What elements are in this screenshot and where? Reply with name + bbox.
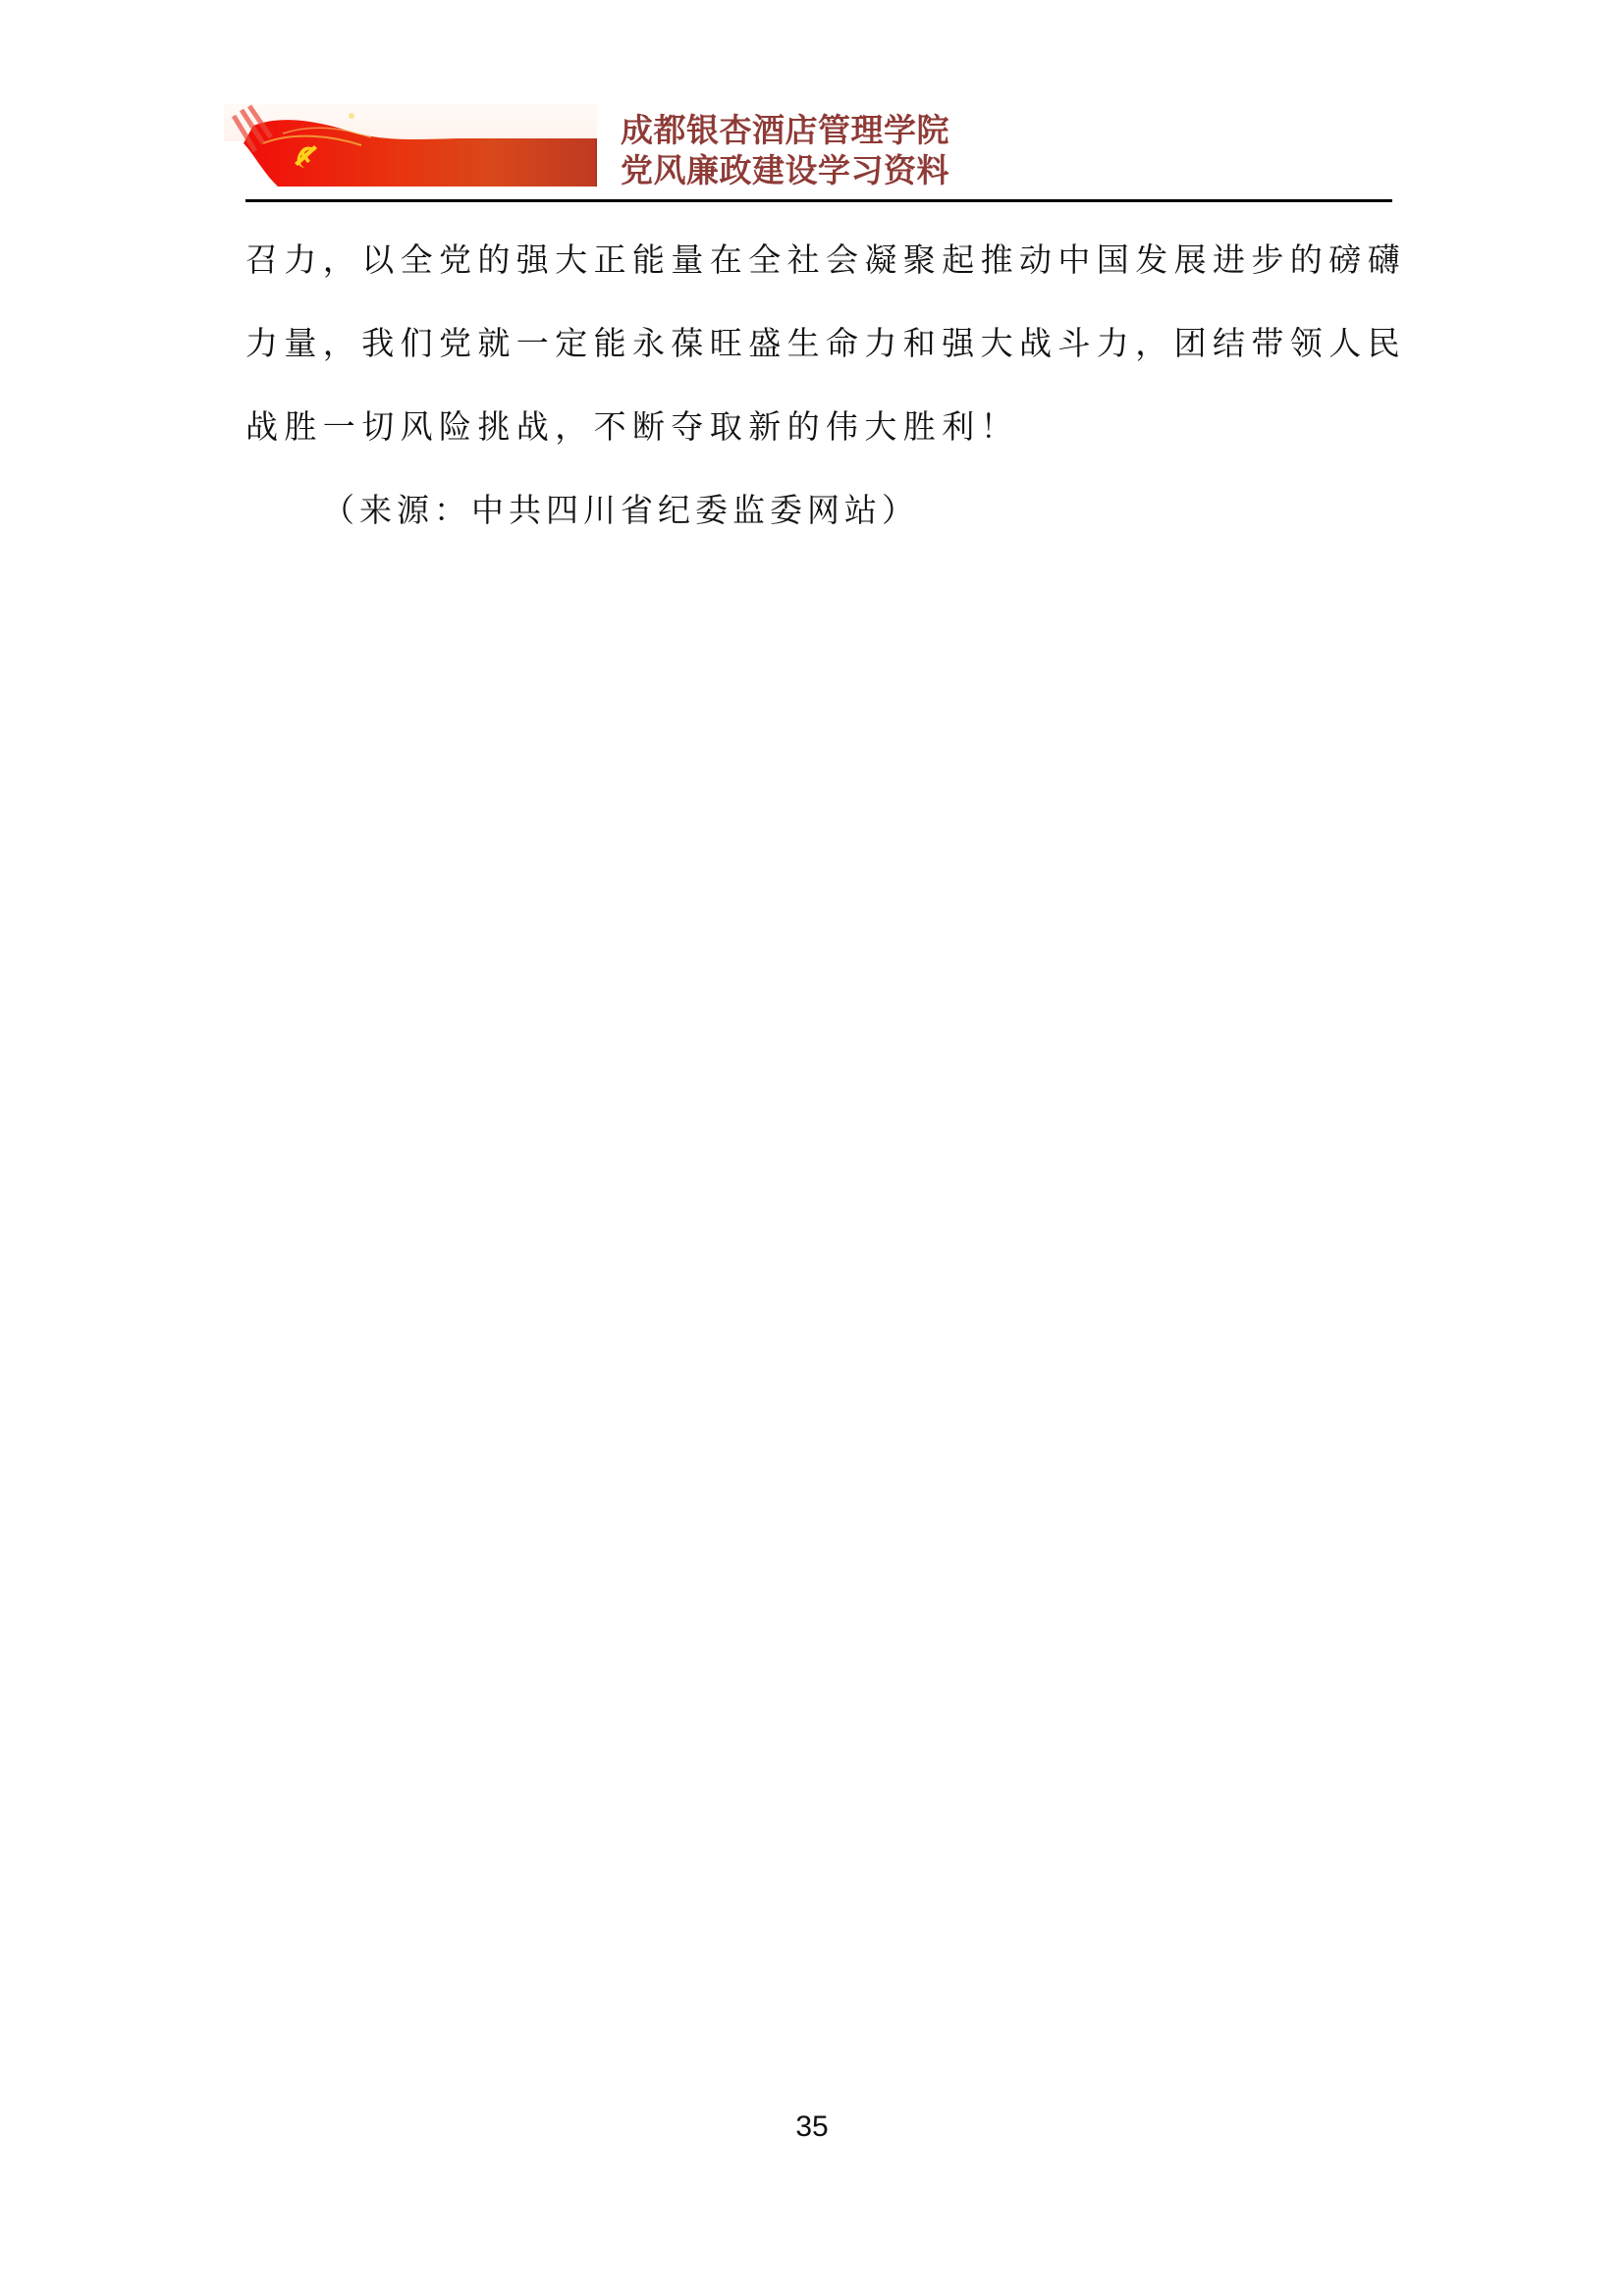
body-paragraph-line: 力量，我们党就一定能永葆旺盛生命力和强大战斗力，团结带领人民 (245, 301, 1394, 385)
document-page: 成都银杏酒店管理学院 党风廉政建设学习资料 召力，以全党的强大正能量在全社会凝聚… (0, 0, 1624, 2296)
body-paragraph-line: 召力，以全党的强大正能量在全社会凝聚起推动中国发展进步的磅礴 (245, 218, 1394, 301)
body-text: 召力，以全党的强大正能量在全社会凝聚起推动中国发展进步的磅礴 力量，我们党就一定… (245, 218, 1394, 552)
page-number: 35 (0, 2110, 1624, 2144)
document-subtitle: 党风廉政建设学习资料 (621, 150, 949, 190)
header-divider (245, 199, 1392, 202)
party-flag-banner-icon (224, 104, 597, 187)
source-citation: （来源：中共四川省纪委监委网站） (245, 468, 1394, 552)
header-title: 成都银杏酒店管理学院 党风廉政建设学习资料 (621, 110, 949, 190)
body-paragraph-line: 战胜一切风险挑战，不断夺取新的伟大胜利！ (245, 385, 1394, 468)
institution-name: 成都银杏酒店管理学院 (621, 110, 949, 150)
